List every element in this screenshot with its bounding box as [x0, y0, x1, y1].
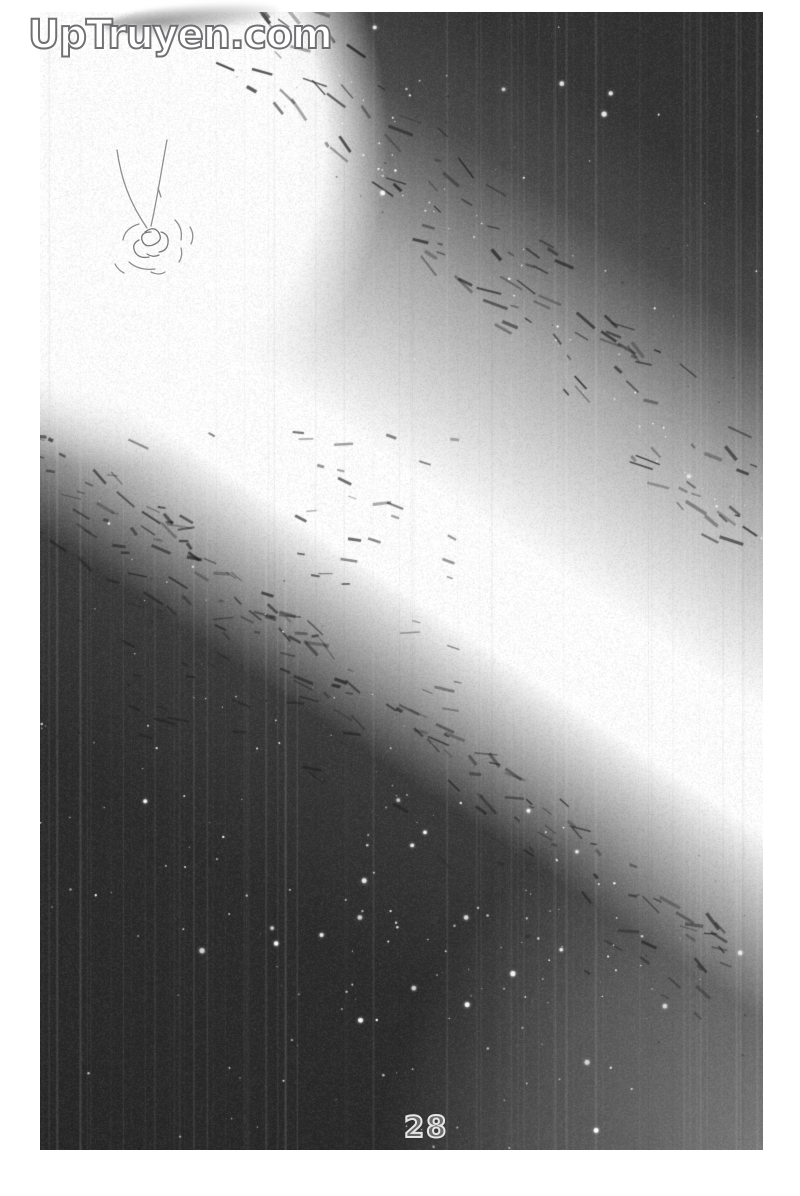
falling-figure-sketch — [95, 128, 245, 303]
manga-page: UpTruyen.com 28 — [0, 0, 800, 1196]
page-number: 28 — [404, 1110, 448, 1144]
watermark-text: UpTruyen.com — [28, 12, 332, 58]
